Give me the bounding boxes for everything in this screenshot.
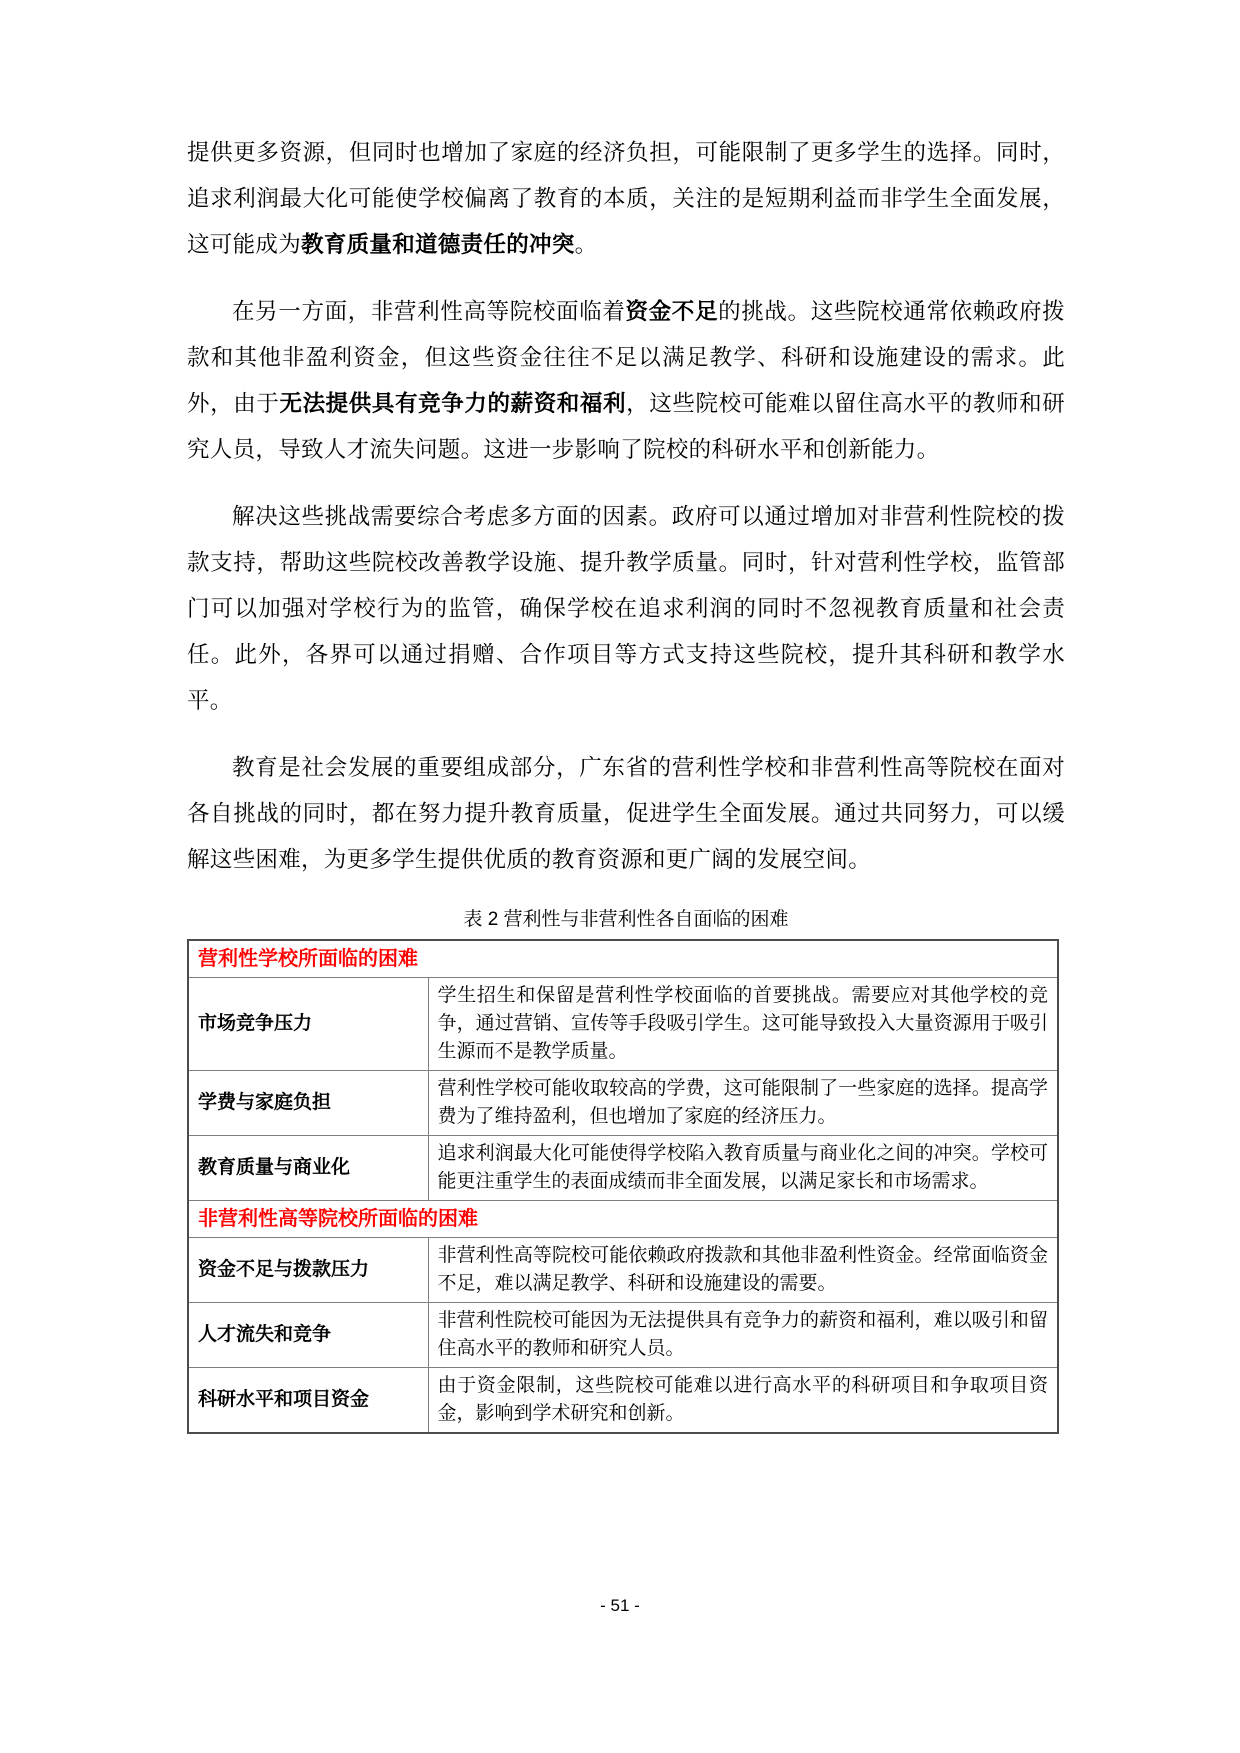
table-row: 市场竞争压力 学生招生和保留是营利性学校面临的首要挑战。需要应对其他学校的竞争，… (188, 978, 1058, 1071)
difficulties-table: 营利性学校所面临的困难 市场竞争压力 学生招生和保留是营利性学校面临的首要挑战。… (187, 939, 1059, 1434)
row-desc-cell: 非营利性院校可能因为无法提供具有竞争力的薪资和福利，难以吸引和留住高水平的教师和… (428, 1303, 1058, 1368)
row-label-cell: 市场竞争压力 (188, 978, 428, 1071)
table-row: 教育质量与商业化 追求利润最大化可能使得学校陷入教育质量与商业化之间的冲突。学校… (188, 1136, 1058, 1201)
section-header-nonprofit: 非营利性高等院校所面临的困难 (188, 1201, 1058, 1238)
paragraph-nonprofit-challenges: 在另一方面，非营利性高等院校面临着资金不足的挑战。这些院校通常依赖政府拨款和其他… (187, 289, 1065, 473)
table-row: 资金不足与拨款压力 非营利性高等院校可能依赖政府拨款和其他非盈利性资金。经常面临… (188, 1238, 1058, 1303)
text-run: 在另一方面，非营利性高等院校面临着 (232, 299, 626, 324)
table-row: 学费与家庭负担 营利性学校可能收取较高的学费，这可能限制了一些家庭的选择。提高学… (188, 1071, 1058, 1136)
table-section-header-row: 营利性学校所面临的困难 (188, 940, 1058, 978)
table-section-header-row: 非营利性高等院校所面临的困难 (188, 1201, 1058, 1238)
row-label-cell: 人才流失和竞争 (188, 1303, 428, 1368)
table-caption: 表 2 营利性与非营利性各自面临的困难 (187, 904, 1065, 931)
row-label-cell: 教育质量与商业化 (188, 1136, 428, 1201)
row-desc-cell: 非营利性高等院校可能依赖政府拨款和其他非盈利性资金。经常面临资金不足，难以满足教… (428, 1238, 1058, 1303)
table-row: 科研水平和项目资金 由于资金限制，这些院校可能难以进行高水平的科研项目和争取项目… (188, 1368, 1058, 1434)
row-desc-cell: 营利性学校可能收取较高的学费，这可能限制了一些家庭的选择。提高学费为了维持盈利，… (428, 1071, 1058, 1136)
row-desc-cell: 追求利润最大化可能使得学校陷入教育质量与商业化之间的冲突。学校可能更注重学生的表… (428, 1136, 1058, 1201)
text-run: 教育是社会发展的重要组成部分，广东省的营利性学校和非营利性高等院校在面对各自挑战… (187, 755, 1065, 872)
row-desc-cell: 学生招生和保留是营利性学校面临的首要挑战。需要应对其他学校的竞争，通过营销、宣传… (428, 978, 1058, 1071)
row-desc-cell: 由于资金限制，这些院校可能难以进行高水平的科研项目和争取项目资金，影响到学术研究… (428, 1368, 1058, 1434)
bold-text-run: 资金不足 (626, 299, 719, 324)
paragraph-continuation: 提供更多资源，但同时也增加了家庭的经济负担，可能限制了更多学生的选择。同时，追求… (187, 130, 1065, 268)
document-content: 提供更多资源，但同时也增加了家庭的经济负担，可能限制了更多学生的选择。同时，追求… (187, 130, 1065, 1434)
row-label-cell: 资金不足与拨款压力 (188, 1238, 428, 1303)
row-label-cell: 科研水平和项目资金 (188, 1368, 428, 1434)
row-label-cell: 学费与家庭负担 (188, 1071, 428, 1136)
paragraph-solutions: 解决这些挑战需要综合考虑多方面的因素。政府可以通过增加对非营利性院校的拨款支持，… (187, 494, 1065, 724)
text-run: 。 (575, 232, 598, 257)
page-number: - 51 - (0, 1596, 1240, 1616)
paragraph-conclusion: 教育是社会发展的重要组成部分，广东省的营利性学校和非营利性高等院校在面对各自挑战… (187, 745, 1065, 883)
text-run: 解决这些挑战需要综合考虑多方面的因素。政府可以通过增加对非营利性院校的拨款支持，… (187, 504, 1065, 713)
document-page: 提供更多资源，但同时也增加了家庭的经济负担，可能限制了更多学生的选择。同时，追求… (0, 0, 1240, 1753)
section-header-for-profit: 营利性学校所面临的困难 (188, 940, 1058, 978)
bold-text-run: 无法提供具有竞争力的薪资和福利 (279, 391, 626, 416)
table-row: 人才流失和竞争 非营利性院校可能因为无法提供具有竞争力的薪资和福利，难以吸引和留… (188, 1303, 1058, 1368)
bold-text-run: 教育质量和道德责任的冲突 (301, 232, 575, 257)
